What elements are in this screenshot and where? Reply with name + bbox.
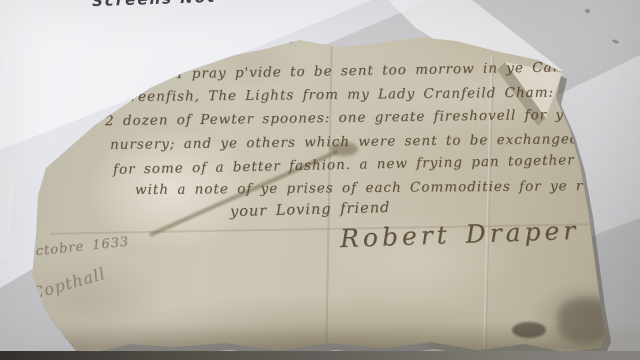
letter-line: 1 Greenfish, The Lights from my Lady Cra… [101, 85, 554, 106]
date-annotation: Octobre 1633 [24, 235, 130, 261]
letter-closing: your Loving friend [230, 200, 391, 220]
signature-robert-draper: Robert Draper [340, 216, 580, 253]
photo-of-letter: Screens Not ij Mr Bilby, I pray p'vide t… [0, 0, 640, 360]
letter-line: for some of a better fashion. a new fryi… [113, 152, 575, 178]
dust-speck [585, 9, 590, 13]
dirt-specks [512, 322, 546, 338]
letter-line: with a note of ye prises of each Commodi… [135, 178, 607, 198]
place-annotation: Copthall [29, 264, 108, 303]
dust-speck [612, 39, 620, 44]
table-edge-strip [0, 351, 640, 360]
letter-line: nursery; and ye others which were sent t… [110, 131, 585, 153]
letter-line: 2 dozen of Pewter spoones: one greate fi… [105, 107, 573, 130]
